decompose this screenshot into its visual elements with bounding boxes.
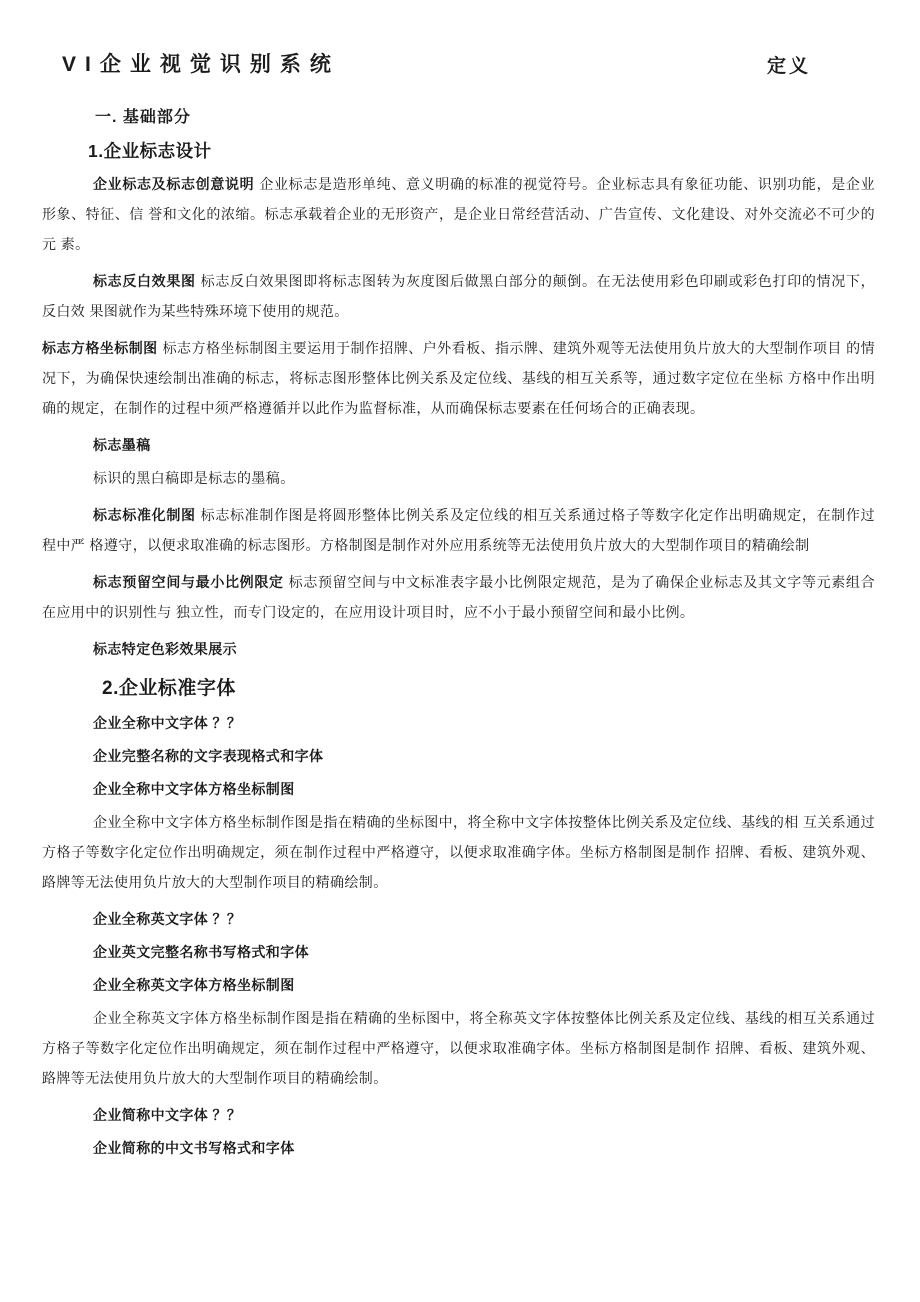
bold-heading-line: 标志墨稿	[93, 430, 875, 460]
document-page: VI企业视觉识别系统 定义 一. 基础部分 1.企业标志设计 企业标志及标志创意…	[0, 0, 920, 1302]
paragraph-lead: 标志方格坐标制图	[42, 340, 158, 356]
paragraph: 标志反白效果图标志反白效果图即将标志图转为灰度图后做黑白部分的颠倒。在无法使用彩…	[42, 266, 875, 326]
bold-heading-line: 企业英文完整名称书写格式和字体	[93, 937, 875, 967]
section2-content: 企业全称中文字体 ？？企业完整名称的文字表现格式和字体企业全称中文字体方格坐标制…	[42, 708, 875, 1163]
paragraph: 企业全称英文字体方格坐标制作图是指在精确的坐标图中，将全称英文字体按整体比例关系…	[42, 1003, 875, 1093]
paragraph: 企业标志及标志创意说明企业标志是造形单纯、意义明确的标准的视觉符号。企业标志具有…	[42, 169, 875, 259]
paragraph: 标志预留空间与最小比例限定标志预留空间与中文标准表字最小比例限定规范，是为了确保…	[42, 567, 875, 627]
part-one-heading: 一. 基础部分	[95, 104, 875, 127]
paragraph-lead: 标志预留空间与最小比例限定	[93, 574, 284, 590]
bold-heading-line: 企业全称中文字体方格坐标制图	[93, 774, 875, 804]
section1-heading: 1.企业标志设计	[88, 138, 875, 163]
paragraph-lead: 标志反白效果图	[93, 273, 196, 289]
section2-heading: 2.企业标准字体	[102, 673, 875, 700]
definition-label: 定义	[767, 51, 811, 78]
bold-heading-line: 标志特定色彩效果展示	[93, 634, 875, 664]
paragraph-lead: 标志标准化制图	[93, 507, 196, 523]
paragraph-lead: 企业标志及标志创意说明	[93, 176, 254, 192]
paragraph: 标志方格坐标制图标志方格坐标制图主要运用于制作招牌、户外看板、指示牌、建筑外观等…	[42, 333, 875, 423]
paragraph: 标识的黑白稿即是标志的墨稿。	[93, 463, 875, 493]
document-title: VI企业视觉识别系统	[62, 48, 340, 78]
document-header: VI企业视觉识别系统 定义	[42, 48, 875, 78]
bold-heading-line: 企业简称中文字体 ？？	[93, 1100, 875, 1130]
section1-content: 企业标志及标志创意说明企业标志是造形单纯、意义明确的标准的视觉符号。企业标志具有…	[42, 169, 875, 664]
bold-heading-line: 企业全称英文字体方格坐标制图	[93, 970, 875, 1000]
bold-heading-line: 企业全称中文字体 ？？	[93, 708, 875, 738]
paragraph: 企业全称中文字体方格坐标制作图是指在精确的坐标图中，将全称中文字体按整体比例关系…	[42, 807, 875, 897]
paragraph: 标志标准化制图标志标准制作图是将圆形整体比例关系及定位线的相互关系通过格子等数字…	[42, 500, 875, 560]
bold-heading-line: 企业完整名称的文字表现格式和字体	[93, 741, 875, 771]
bold-heading-line: 企业全称英文字体 ？？	[93, 904, 875, 934]
bold-heading-line: 企业简称的中文书写格式和字体	[93, 1133, 875, 1163]
